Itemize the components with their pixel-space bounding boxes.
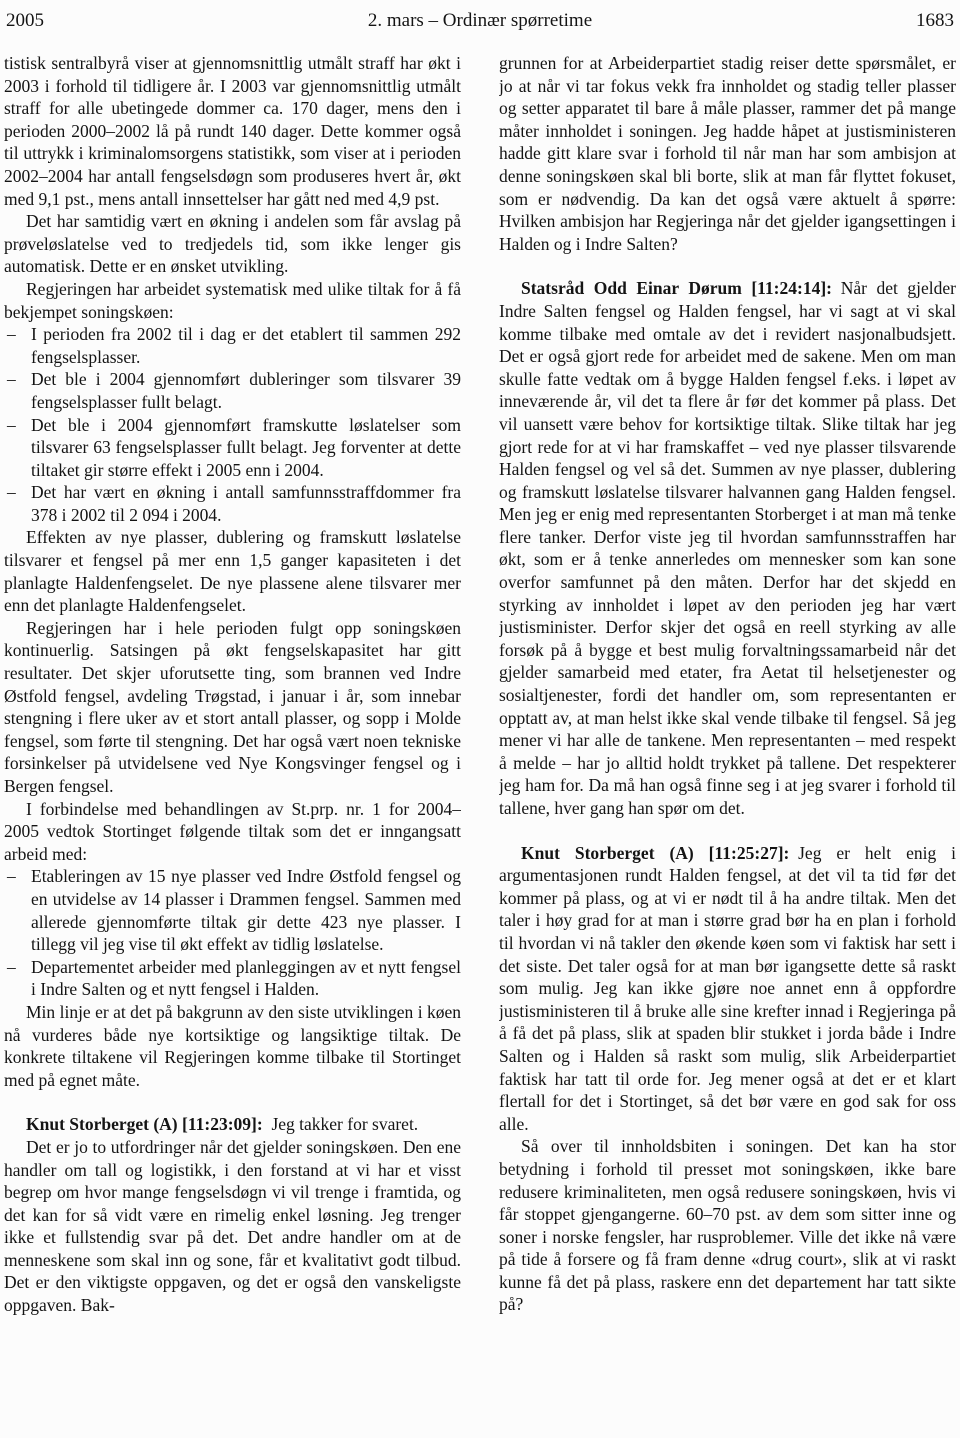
year-label: 2005: [6, 10, 44, 32]
paragraph-text: Regjeringen har arbeidet systematisk med…: [4, 279, 461, 322]
bullet-item: –Det ble i 2004 gjennomført dubleringer …: [4, 368, 461, 413]
paragraph: Regjeringen har i hele perioden fulgt op…: [4, 617, 461, 798]
document-page: 2005 2. mars – Ordinær spørretime 1683 t…: [0, 0, 960, 1438]
paragraph: Det har samtidig vært en økning i andele…: [4, 210, 461, 278]
bullet-dash-icon: –: [7, 481, 16, 504]
paragraph-text: Det ble i 2004 gjennomført framskutte lø…: [31, 415, 461, 480]
left-column: tistisk sentralbyrå viser at gjennomsnit…: [4, 52, 461, 1438]
session-title: 2. mars – Ordinær spørretime: [368, 10, 592, 32]
paragraph: Så over til innholdsbiten i soningen. De…: [499, 1135, 956, 1316]
paragraph-text: I perioden fra 2002 til i dag er det eta…: [31, 324, 461, 367]
bullet-dash-icon: –: [7, 865, 16, 888]
paragraph-text: Departementet arbeider med planleggingen…: [31, 957, 461, 1000]
paragraph-text: Det ble i 2004 gjennomført dubleringer s…: [31, 369, 461, 412]
speaker-name: Statsråd Odd Einar Dørum [11:24:14]:: [521, 278, 832, 298]
bullet-item: –Det har vært en økning i antall samfunn…: [4, 481, 461, 526]
speaker-name: Knut Storberget (A) [11:23:09]:: [26, 1114, 263, 1134]
paragraph: tistisk sentralbyrå viser at gjennomsnit…: [4, 52, 461, 210]
paragraph-text: grunnen for at Arbeiderpartiet stadig re…: [499, 53, 956, 254]
speaker-paragraph: Statsråd Odd Einar Dørum [11:24:14]: Når…: [499, 277, 956, 819]
paragraph-text: Regjeringen har i hele perioden fulgt op…: [4, 618, 461, 796]
paragraph-text: Det er jo to utfordringer når det gjelde…: [4, 1137, 461, 1315]
bullet-item: –Etableringen av 15 nye plasser ved Indr…: [4, 865, 461, 955]
paragraph: grunnen for at Arbeiderpartiet stadig re…: [499, 52, 956, 255]
speaker-paragraph: Knut Storberget (A) [11:23:09]: Jeg takk…: [4, 1113, 461, 1136]
speaker-paragraph: Knut Storberget (A) [11:25:27]: Jeg er h…: [499, 842, 956, 1136]
paragraph: Det er jo to utfordringer når det gjelde…: [4, 1136, 461, 1317]
bullet-item: –I perioden fra 2002 til i dag er det et…: [4, 323, 461, 368]
paragraph-text: I forbindelse med behandlingen av St.prp…: [4, 799, 461, 864]
paragraph: Regjeringen har arbeidet systematisk med…: [4, 278, 461, 323]
paragraph: I forbindelse med behandlingen av St.prp…: [4, 798, 461, 866]
bullet-item: –Departementet arbeider med planlegginge…: [4, 956, 461, 1001]
paragraph-text: Jeg takker for svaret.: [271, 1114, 418, 1134]
page-number: 1683: [916, 10, 954, 32]
paragraph: Effekten av nye plasser, dublering og fr…: [4, 526, 461, 616]
page-header: 2005 2. mars – Ordinær spørretime 1683: [4, 10, 956, 32]
paragraph-text: Det har samtidig vært en økning i andele…: [4, 211, 461, 276]
bullet-item: –Det ble i 2004 gjennomført framskutte l…: [4, 414, 461, 482]
speaker-name: Knut Storberget (A) [11:25:27]:: [521, 843, 789, 863]
paragraph-text: Effekten av nye plasser, dublering og fr…: [4, 527, 461, 615]
bullet-dash-icon: –: [7, 956, 16, 979]
paragraph-text: Etableringen av 15 nye plasser ved Indre…: [31, 866, 461, 954]
bullet-dash-icon: –: [7, 368, 16, 391]
bullet-dash-icon: –: [7, 414, 16, 437]
paragraph-text: Det har vært en økning i antall samfunns…: [31, 482, 461, 525]
paragraph-text: Når det gjelder Indre Salten fengsel og …: [499, 278, 956, 818]
paragraph-text: Så over til innholdsbiten i soningen. De…: [499, 1136, 956, 1314]
right-column: grunnen for at Arbeiderpartiet stadig re…: [499, 52, 956, 1438]
paragraph-text: Jeg er helt enig i argumentasjonen rundt…: [499, 843, 956, 1134]
bullet-dash-icon: –: [7, 323, 16, 346]
paragraph-text: tistisk sentralbyrå viser at gjennomsnit…: [4, 53, 461, 209]
text-columns: tistisk sentralbyrå viser at gjennomsnit…: [4, 52, 956, 1438]
paragraph: Min linje er at det på bakgrunn av den s…: [4, 1001, 461, 1091]
paragraph-text: Min linje er at det på bakgrunn av den s…: [4, 1002, 461, 1090]
